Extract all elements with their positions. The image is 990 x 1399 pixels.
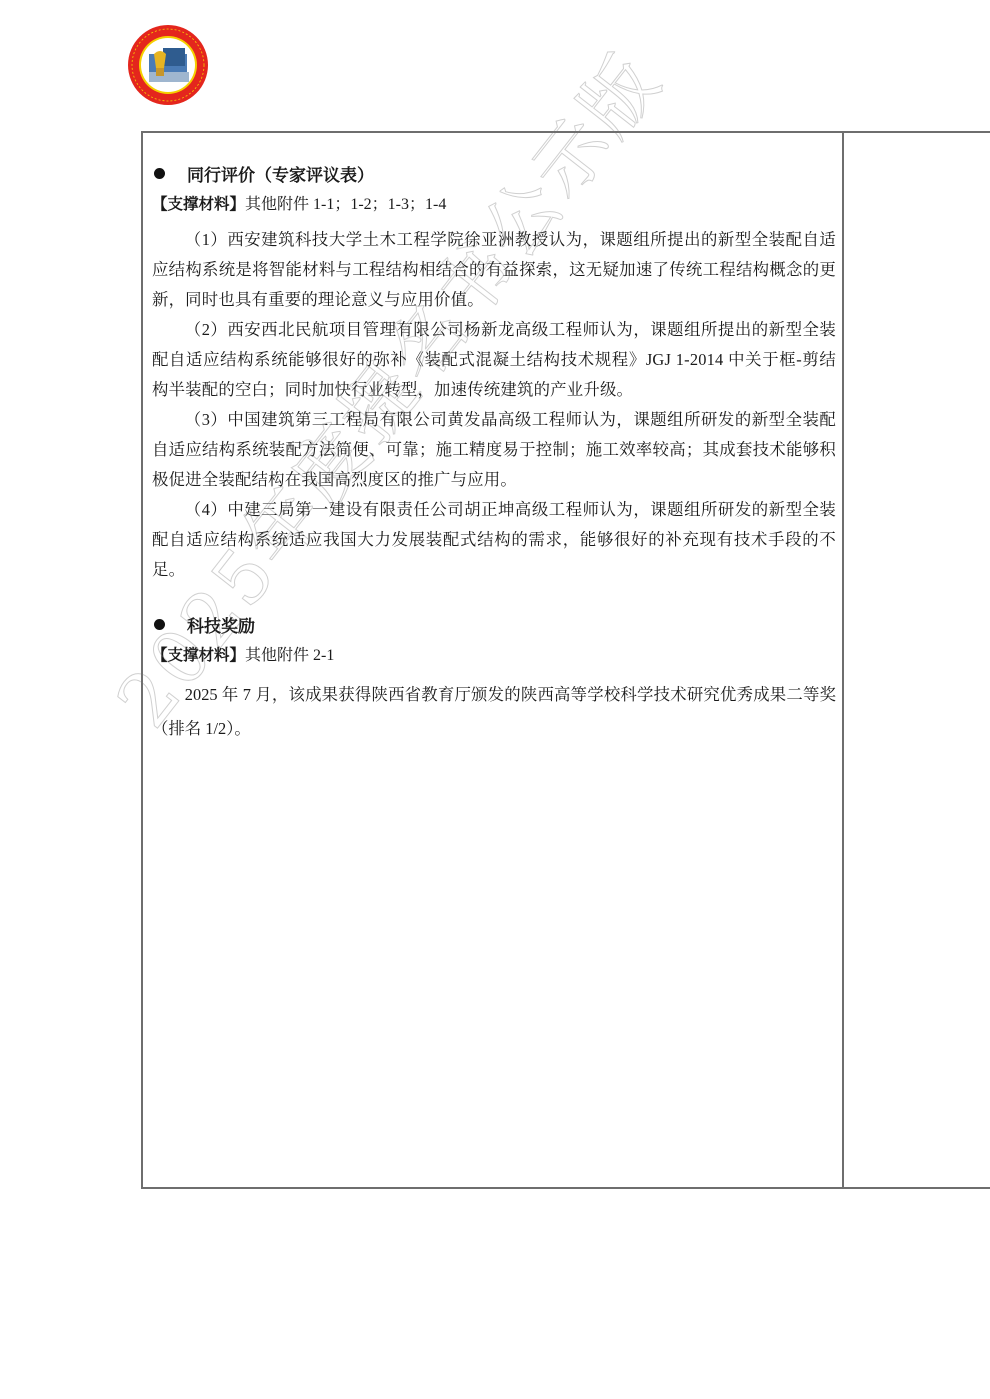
support-materials-line: 【支撑材料】其他附件 2-1 [152,640,836,670]
filled-circle-bullet-icon [154,168,165,179]
support-materials-line: 【支撑材料】其他附件 1-1；1-2；1-3；1-4 [152,189,836,219]
section-heading-awards: 科技奖励 [152,609,836,639]
filled-circle-bullet-icon [154,619,165,630]
seal-emblem-icon [127,24,209,106]
table-column-divider [842,131,844,1189]
review-paragraph-4: （4）中建三局第一建设有限责任公司胡正坤高级工程师认为，课题组所研发的新型全装配… [152,495,836,585]
award-paragraph: 2025 年 7 月，该成果获得陕西省教育厅颁发的陕西高等学校科学技术研究优秀成… [152,678,836,746]
organization-seal-logo [127,24,209,106]
support-refs: 其他附件 1-1；1-2；1-3；1-4 [245,196,446,213]
support-label: 【支撑材料】 [152,195,245,213]
support-refs: 其他附件 2-1 [245,647,334,664]
table-left-border [141,131,143,1189]
section-title: 同行评价（专家评议表） [187,161,374,186]
review-paragraph-1: （1）西安建筑科技大学土木工程学院徐亚洲教授认为，课题组所提出的新型全装配自适应… [152,225,836,315]
review-paragraph-3: （3）中国建筑第三工程局有限公司黄发晶高级工程师认为，课题组所研发的新型全装配自… [152,405,836,495]
review-paragraph-2: （2）西安西北民航项目管理有限公司杨新龙高级工程师认为，课题组所提出的新型全装配… [152,315,836,405]
support-label: 【支撑材料】 [152,646,245,664]
section-heading-peer-review: 同行评价（专家评议表） [152,158,836,188]
content-cell: 同行评价（专家评议表） 【支撑材料】其他附件 1-1；1-2；1-3；1-4 （… [152,158,836,746]
section-title: 科技奖励 [187,612,255,637]
